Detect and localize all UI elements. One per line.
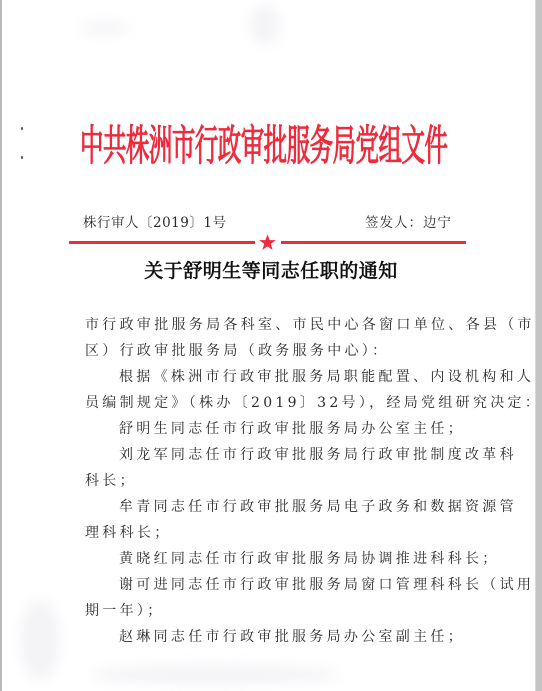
body-line-appointment: 舒明生同志任市行政审批服务局办公室主任； xyxy=(85,416,457,442)
body-line-addressee-cont: 区）行政审批服务局（政务服务中心）： xyxy=(85,338,457,364)
scan-speck xyxy=(21,127,23,130)
body-line-appointment-cont: 期一年）； xyxy=(85,598,457,624)
body-line-addressee: 市行政审批服务局各科室、市民中心各窗口单位、各县（市 xyxy=(85,312,457,338)
scan-smudge xyxy=(250,5,280,45)
scan-smudge xyxy=(20,600,60,680)
page-left-edge xyxy=(0,0,2,691)
red-rule-right xyxy=(281,241,466,244)
body-line-basis-cont: 员编制规定》（株办〔2019〕32号），经局党组研究决定： xyxy=(85,390,457,416)
body-line-appointment: 谢可进同志任市行政审批服务局窗口管理科科长（试用 xyxy=(85,572,457,598)
red-star-icon xyxy=(258,233,277,252)
body-line-appointment-cont: 理科科长； xyxy=(85,520,457,546)
page-right-edge xyxy=(535,0,542,691)
document-signer: 签发人：边宁 xyxy=(365,213,452,233)
document-number: 株行审人〔2019〕1号 xyxy=(83,213,226,233)
red-rule-left xyxy=(69,241,255,244)
notice-title: 关于舒明生等同志任职的通知 xyxy=(0,258,542,284)
scan-smudge xyxy=(80,22,130,34)
scan-smudge xyxy=(90,665,340,685)
scan-speck xyxy=(21,156,23,159)
body-line-appointment: 刘龙军同志任市行政审批服务局行政审批制度改革科 xyxy=(85,442,457,468)
body-line-appointment: 赵琳同志任市行政审批服务局办公室副主任； xyxy=(85,624,457,650)
body-line-appointment: 牟青同志任市行政审批服务局电子政务和数据资源管 xyxy=(85,494,457,520)
body-line-appointment: 黄晓红同志任市行政审批服务局协调推进科科长； xyxy=(85,546,457,572)
document-header-title: 中共株洲市行政审批服务局党组文件 xyxy=(80,120,290,172)
document-body: 市行政审批服务局各科室、市民中心各窗口单位、各县（市 区）行政审批服务局（政务服… xyxy=(85,312,457,650)
body-line-basis: 根据《株洲市行政审批服务局职能配置、内设机构和人 xyxy=(85,364,457,390)
body-line-appointment-cont: 科长； xyxy=(85,468,457,494)
scanned-document-page: 中共株洲市行政审批服务局党组文件 株行审人〔2019〕1号 签发人：边宁 关于舒… xyxy=(0,0,542,691)
